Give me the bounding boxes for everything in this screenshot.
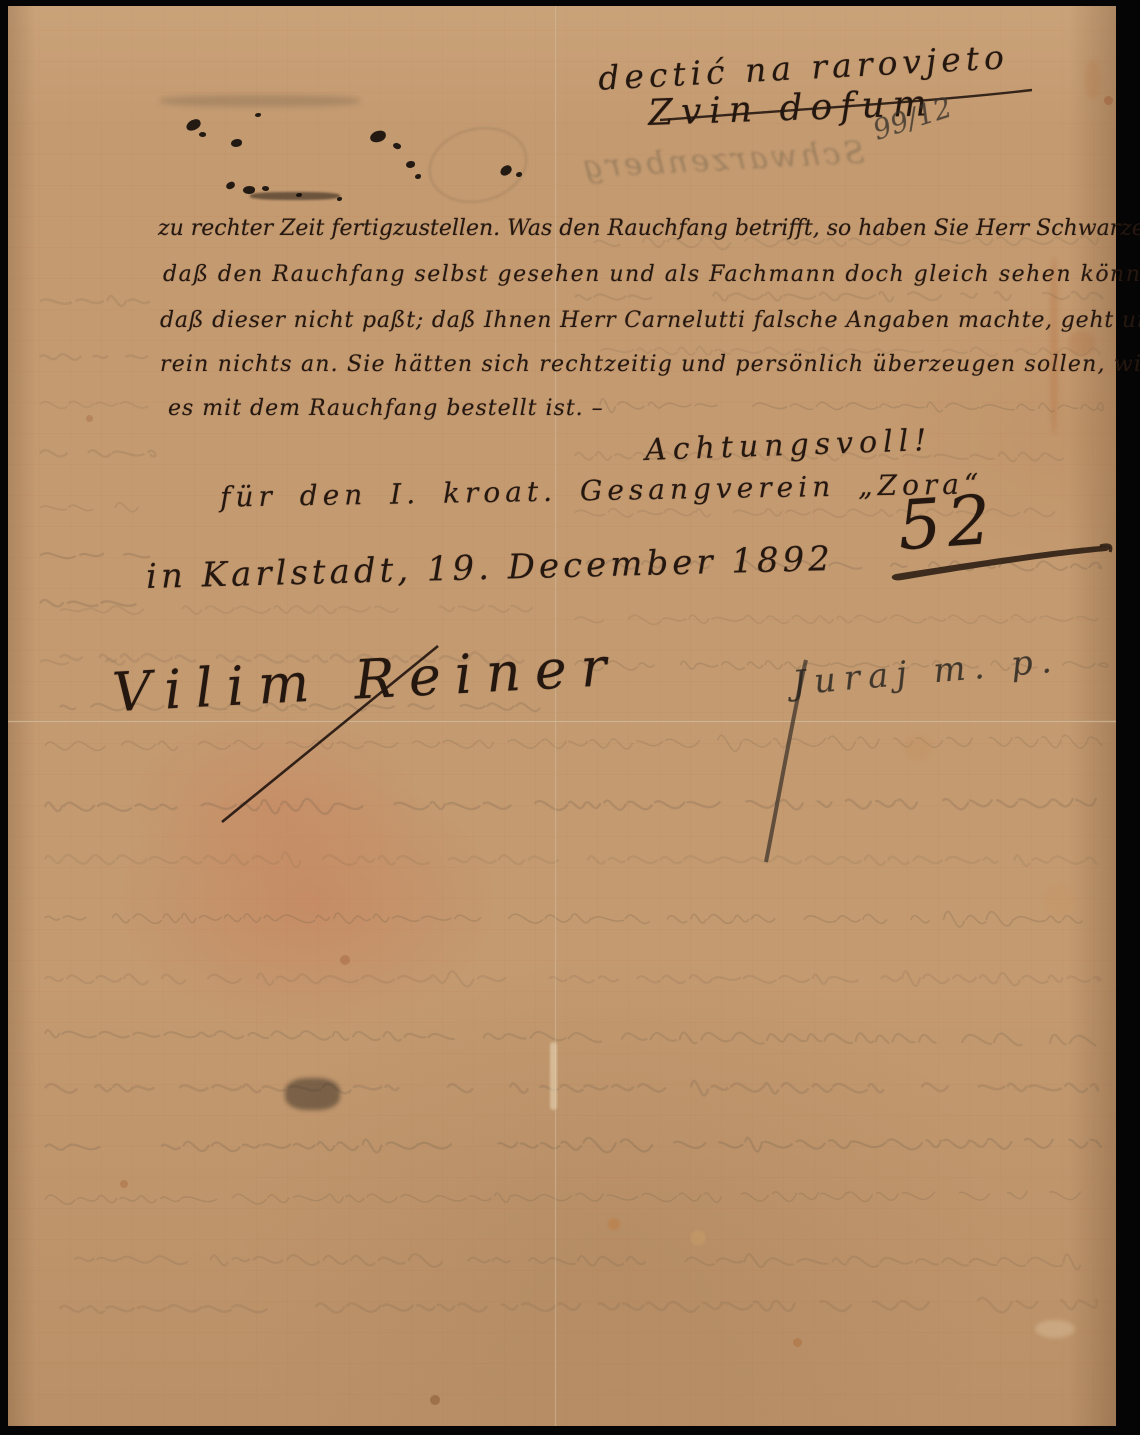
paper-stain xyxy=(86,415,93,422)
paper-stain xyxy=(905,735,931,761)
scanned-letter-page: dectić na rarovjeto Zvin dofum 99/12 Sch… xyxy=(0,0,1140,1435)
paper-stain xyxy=(1104,96,1113,105)
paper-stain xyxy=(1035,1320,1075,1338)
paper-stain xyxy=(285,1078,340,1110)
paper-stain xyxy=(340,955,350,965)
paper-stain xyxy=(120,1180,128,1188)
paper-stain xyxy=(793,1338,802,1347)
paper-stain xyxy=(430,1395,440,1405)
paper-stain xyxy=(1068,330,1094,356)
paper-stain xyxy=(1085,60,1101,100)
paper-stain xyxy=(1050,258,1058,433)
paper-stain xyxy=(160,95,360,107)
paper-stain xyxy=(690,1230,706,1246)
countersignature-tail-stroke xyxy=(0,0,1140,1435)
paper-stain xyxy=(1045,885,1075,915)
paper-stain xyxy=(250,192,340,200)
paper-stain xyxy=(608,1218,620,1230)
